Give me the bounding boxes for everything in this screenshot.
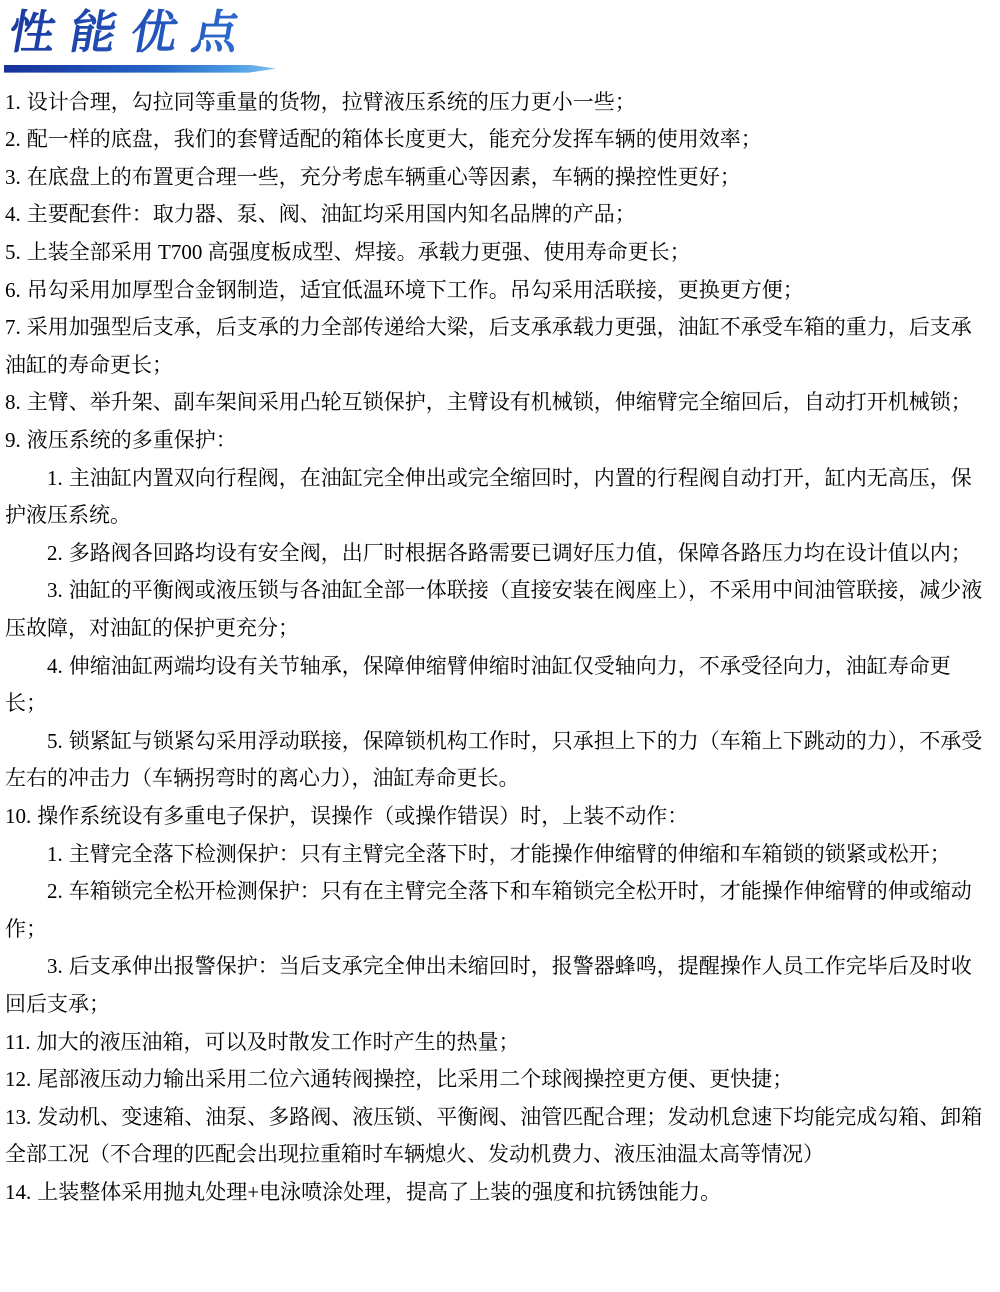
list-item: 7.采用加强型后支承，后支承的力全部传递给大梁，后支承承载力更强，油缸不承受车箱… [5, 309, 992, 384]
list-item: 6.吊勾采用加厚型合金钢制造，适宜低温环境下工作。吊勾采用活联接，更换更方便； [5, 272, 992, 310]
item-text: 操作系统设有多重电子保护，误操作（或操作错误）时，上装不动作： [37, 804, 688, 828]
item-number: 6. [5, 278, 21, 302]
list-item: 2.配一样的底盘，我们的套臂适配的箱体长度更大，能充分发挥车辆的使用效率； [5, 121, 992, 159]
item-text: 锁紧缸与锁紧勾采用浮动联接，保障锁机构工作时，只承担上下的力（车箱上下跳动的力）… [5, 729, 982, 791]
item-number: 2. [47, 541, 63, 565]
list-item: 4.主要配套件：取力器、泵、阀、油缸均采用国内知名品牌的产品； [5, 196, 992, 234]
item-number: 10. [5, 804, 31, 828]
item-text: 后支承伸出报警保护：当后支承完全伸出未缩回时，报警器蜂鸣，提醒操作人员工作完毕后… [5, 954, 972, 1016]
item-number: 8. [5, 390, 21, 414]
item-text: 采用加强型后支承，后支承的力全部传递给大梁，后支承承载力更强，油缸不承受车箱的重… [5, 315, 972, 377]
list-item: 13.发动机、变速箱、油泵、多路阀、液压锁、平衡阀、油管匹配合理；发动机怠速下均… [5, 1099, 992, 1174]
sub-list-item: 1.主臂完全落下检测保护：只有主臂完全落下时，才能操作伸缩臂的伸缩和车箱锁的锁紧… [5, 836, 992, 874]
item-text: 主油缸内置双向行程阀，在油缸完全伸出或完全缩回时，内置的行程阀自动打开，缸内无高… [5, 466, 972, 528]
item-number: 13. [5, 1105, 31, 1129]
item-text: 伸缩油缸两端均设有关节轴承，保障伸缩臂伸缩时油缸仅受轴向力，不承受径向力，油缸寿… [5, 654, 951, 716]
item-text: 配一样的底盘，我们的套臂适配的箱体长度更大，能充分发挥车辆的使用效率； [27, 127, 762, 151]
list-item: 8.主臂、举升架、副车架间采用凸轮互锁保护，主臂设有机械锁，伸缩臂完全缩回后，自… [5, 384, 992, 422]
item-number: 7. [5, 315, 21, 339]
item-number: 3. [47, 954, 63, 978]
item-text: 液压系统的多重保护： [27, 428, 237, 452]
item-number: 4. [5, 202, 21, 226]
item-text: 加大的液压油箱，可以及时散发工作时产生的热量； [36, 1030, 519, 1054]
sub-list-item: 2.车箱锁完全松开检测保护：只有在主臂完全落下和车箱锁完全松开时，才能操作伸缩臂… [5, 873, 992, 948]
item-text: 吊勾采用加厚型合金钢制造，适宜低温环境下工作。吊勾采用活联接，更换更方便； [27, 278, 804, 302]
item-number: 1. [5, 90, 21, 114]
item-text: 油缸的平衡阀或液压锁与各油缸全部一体联接（直接安装在阀座上），不采用中间油管联接… [5, 578, 982, 640]
item-number: 5. [47, 729, 63, 753]
item-number: 3. [5, 165, 21, 189]
document-page: 性能优点 1.设计合理，勾拉同等重量的货物，拉臂液压系统的压力更小一些；2.配一… [0, 0, 1000, 1292]
item-number: 2. [5, 127, 21, 151]
feature-list: 1.设计合理，勾拉同等重量的货物，拉臂液压系统的压力更小一些；2.配一样的底盘，… [5, 84, 992, 1212]
item-number: 3. [47, 578, 63, 602]
item-text: 在底盘上的布置更合理一些，充分考虑车辆重心等因素，车辆的操控性更好； [27, 165, 741, 189]
item-number: 1. [47, 466, 63, 490]
sub-list-item: 4.伸缩油缸两端均设有关节轴承，保障伸缩臂伸缩时油缸仅受轴向力，不承受径向力，油… [5, 648, 992, 723]
item-number: 11. [5, 1030, 30, 1054]
list-item: 14.上装整体采用抛丸处理+电泳喷涂处理，提高了上装的强度和抗锈蚀能力。 [5, 1174, 992, 1212]
item-text: 车箱锁完全松开检测保护：只有在主臂完全落下和车箱锁完全松开时，才能操作伸缩臂的伸… [5, 879, 972, 941]
item-number: 5. [5, 240, 21, 264]
item-text: 尾部液压动力输出采用二位六通转阀操控，比采用二个球阀操控更方便、更快捷； [37, 1067, 793, 1091]
item-number: 2. [47, 879, 63, 903]
sub-list-item: 1.主油缸内置双向行程阀，在油缸完全伸出或完全缩回时，内置的行程阀自动打开，缸内… [5, 460, 992, 535]
list-item: 10.操作系统设有多重电子保护，误操作（或操作错误）时，上装不动作： [5, 798, 992, 836]
list-item: 1.设计合理，勾拉同等重量的货物，拉臂液压系统的压力更小一些； [5, 84, 992, 122]
list-item: 11.加大的液压油箱，可以及时散发工作时产生的热量； [5, 1024, 992, 1062]
title-underline-bar [4, 65, 276, 73]
item-text: 上装全部采用 T700 高强度板成型、焊接。承载力更强、使用寿命更长； [27, 240, 691, 264]
page-title: 性能优点 [5, 8, 258, 58]
sub-list-item: 2.多路阀各回路均设有安全阀，出厂时根据各路需要已调好压力值，保障各路压力均在设… [5, 535, 992, 573]
item-number: 1. [47, 842, 63, 866]
sub-list-item: 3.后支承伸出报警保护：当后支承完全伸出未缩回时，报警器蜂鸣，提醒操作人员工作完… [5, 948, 992, 1023]
item-text: 主臂、举升架、副车架间采用凸轮互锁保护，主臂设有机械锁，伸缩臂完全缩回后，自动打… [27, 390, 972, 414]
sub-list-item: 3.油缸的平衡阀或液压锁与各油缸全部一体联接（直接安装在阀座上），不采用中间油管… [5, 572, 992, 647]
item-text: 主臂完全落下检测保护：只有主臂完全落下时，才能操作伸缩臂的伸缩和车箱锁的锁紧或松… [69, 842, 951, 866]
list-item: 9.液压系统的多重保护： [5, 422, 992, 460]
item-text: 上装整体采用抛丸处理+电泳喷涂处理，提高了上装的强度和抗锈蚀能力。 [37, 1180, 721, 1204]
item-number: 14. [5, 1180, 31, 1204]
item-text: 设计合理，勾拉同等重量的货物，拉臂液压系统的压力更小一些； [27, 90, 636, 114]
item-text: 多路阀各回路均设有安全阀，出厂时根据各路需要已调好压力值，保障各路压力均在设计值… [69, 541, 972, 565]
item-number: 12. [5, 1067, 31, 1091]
item-text: 发动机、变速箱、油泵、多路阀、液压锁、平衡阀、油管匹配合理；发动机怠速下均能完成… [5, 1105, 982, 1167]
list-item: 12.尾部液压动力输出采用二位六通转阀操控，比采用二个球阀操控更方便、更快捷； [5, 1061, 992, 1099]
item-number: 9. [5, 428, 21, 452]
page-header: 性能优点 [5, 8, 992, 73]
sub-list-item: 5.锁紧缸与锁紧勾采用浮动联接，保障锁机构工作时，只承担上下的力（车箱上下跳动的… [5, 723, 992, 798]
item-text: 主要配套件：取力器、泵、阀、油缸均采用国内知名品牌的产品； [27, 202, 636, 226]
item-number: 4. [47, 654, 63, 678]
list-item: 5.上装全部采用 T700 高强度板成型、焊接。承载力更强、使用寿命更长； [5, 234, 992, 272]
list-item: 3.在底盘上的布置更合理一些，充分考虑车辆重心等因素，车辆的操控性更好； [5, 159, 992, 197]
